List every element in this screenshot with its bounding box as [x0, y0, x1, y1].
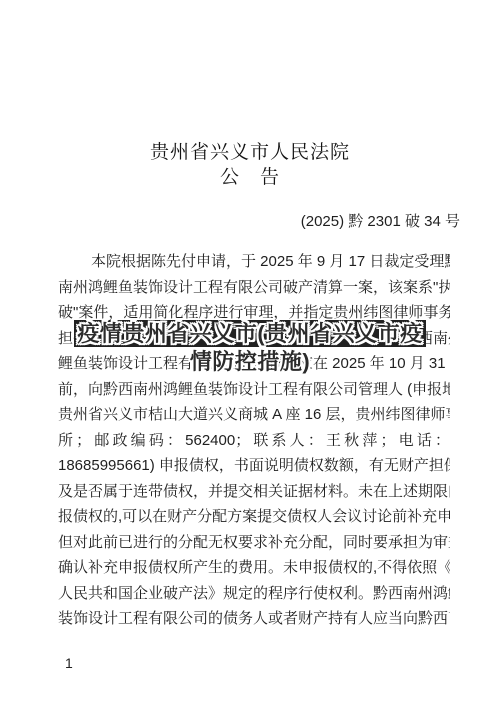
court-title: 贵州省兴义市人民法院 [0, 137, 500, 164]
body-line: 但对此前已进行的分配无权要求补充分配，同时要承担为审查和 [58, 530, 450, 556]
body-line: 贵州省兴义市桔山大道兴义商城 A 座 16 层，贵州纬图律师事务 [58, 402, 450, 428]
body-line: 装饰设计工程有限公司的债务人或者财产持有人应当向黔西南 [58, 606, 450, 632]
case-number: (2025) 黔 2301 破 34 号 [301, 210, 460, 231]
body-line: 及是否属于连带债权，并提交相关证据材料。未在上述期限内申 [58, 479, 450, 505]
body-line: 18685995661) 申报债权，书面说明债权数额，有无财产担保 [58, 453, 450, 479]
overlay-title-line-2: 情防控措施) [190, 349, 310, 374]
body-line: 所；邮政编码：562400；联系人：王秋萍；电话： [58, 428, 450, 454]
document-page: 贵州省兴义市人民法院 公 告 (2025) 黔 2301 破 34 号 本院根据… [0, 0, 500, 707]
body-line: 人民共和国企业破产法》规定的程序行使权利。黔西南州鸿鲤鱼 [58, 581, 450, 607]
body-line: 报债权的,可以在财产分配方案提交债权人会议讨论前补充申报， [58, 504, 450, 530]
seo-overlay-title: 疫情贵州省兴义市(贵州省兴义市疫 情防控措施) [0, 320, 500, 376]
body-line: 本院根据陈先付申请，于 2025 年 9 月 17 日裁定受理黔西 [58, 249, 450, 275]
body-line: 南州鸿鲤鱼装饰设计工程有限公司破产清算一案，该案系"执转 [58, 275, 450, 301]
overlay-title-line-1: 疫情贵州省兴义市(贵州省兴义市疫 [74, 320, 425, 347]
page-number: 1 [65, 655, 73, 671]
doc-type-title: 公 告 [0, 162, 500, 189]
body-line: 确认补充申报债权所产生的费用。未申报债权的,不得依照《中华 [58, 555, 450, 581]
body-line: 前，向黔西南州鸿鲤鱼装饰设计工程有限公司管理人 (申报地点： [58, 377, 450, 403]
announcement-body: 本院根据陈先付申请，于 2025 年 9 月 17 日裁定受理黔西 南州鸿鲤鱼装… [58, 249, 450, 632]
